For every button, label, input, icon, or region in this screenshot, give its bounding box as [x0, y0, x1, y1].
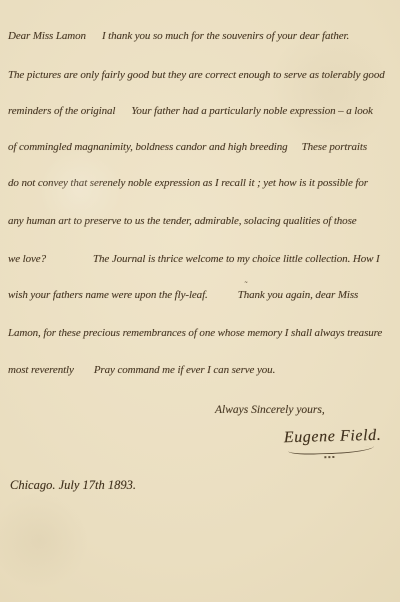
closing-line: Always Sincerely yours, [215, 404, 325, 416]
letter-text: any human art to preserve to us the tend… [8, 215, 357, 227]
letter-line: Lamon, for these precious remembrances o… [8, 327, 398, 339]
signature-block: Eugene Field. [284, 427, 382, 460]
letter-text: of commingled magnanimity, boldness cand… [8, 141, 288, 153]
letter-text: reminders of the original [8, 105, 115, 117]
letter-line: any human art to preserve to us the tend… [8, 215, 398, 227]
letter-text: Your father had a particularly noble exp… [131, 105, 372, 117]
letter-text: Lamon, for these precious remembrances o… [8, 327, 382, 339]
salutation: Dear Miss Lamon [8, 30, 86, 42]
letter-text: These portraits [302, 141, 367, 153]
letter-text: Pray command me if ever I can serve you. [94, 364, 275, 376]
letter-text: The pictures are only fairly good but th… [8, 69, 385, 81]
letter-line: wish your fathers name were upon the fly… [8, 289, 398, 301]
letter-text: I thank you so much for the souvenirs of… [102, 30, 349, 42]
dateline: Chicago. July 17th 1893. [10, 478, 136, 493]
letter-line: do not convey that serenely noble expres… [8, 177, 398, 189]
letter-text: wish your fathers name were upon the fly… [8, 289, 208, 301]
letter-text: do not convey that serenely noble expres… [8, 177, 368, 189]
letter-text: Thank you again, dear Miss [238, 289, 359, 301]
letter-page: Dear Miss LamonI thank you so much for t… [0, 0, 400, 602]
letter-text: The Journal is thrice welcome to my choi… [93, 253, 380, 265]
letter-line: reminders of the originalYour father had… [8, 105, 398, 117]
letter-line: most reverentlyPray command me if ever I… [8, 364, 398, 376]
letter-line: The pictures are only fairly good but th… [8, 69, 398, 81]
letter-line: Dear Miss LamonI thank you so much for t… [8, 30, 398, 42]
letter-line: we love?The Journal is thrice welcome to… [8, 253, 398, 265]
letter-text: we love? [8, 253, 46, 265]
signature-dots-flourish [324, 454, 334, 458]
letter-text: most reverently [8, 364, 74, 376]
letter-line: of commingled magnanimity, boldness cand… [8, 141, 398, 153]
signature: Eugene Field. [284, 427, 382, 447]
